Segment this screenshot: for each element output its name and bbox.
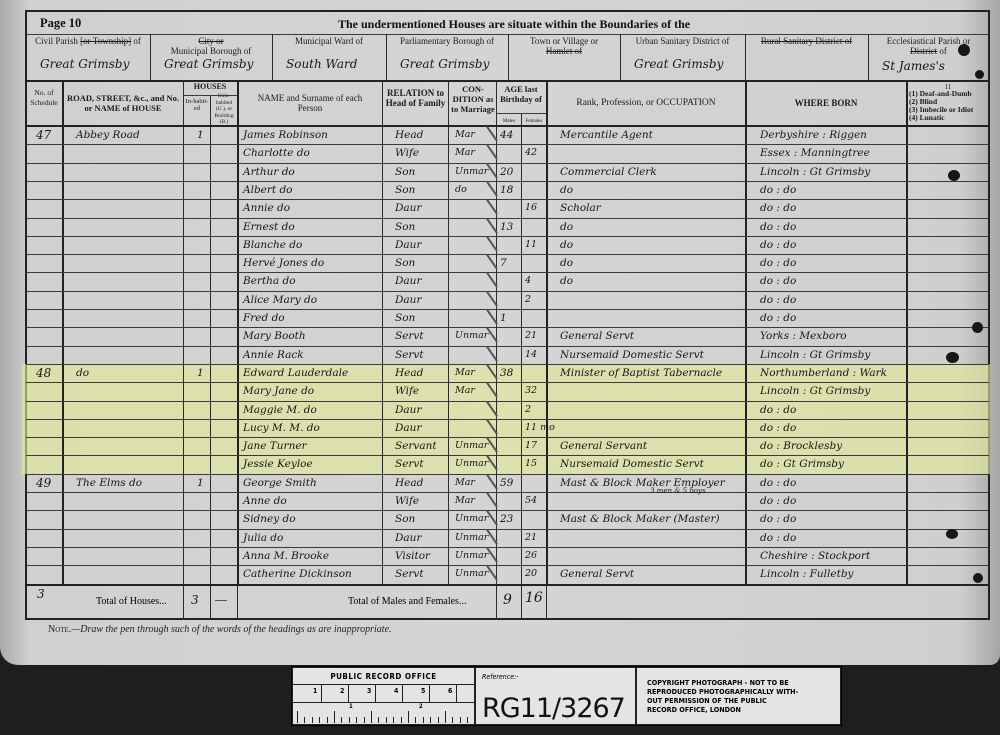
column-rule bbox=[496, 80, 497, 584]
cell-where-born: Cheshire : Stockport bbox=[760, 550, 870, 562]
cell-where-born: Lincoln : Gt Grimsby bbox=[760, 349, 870, 361]
ruler-tick bbox=[460, 717, 461, 723]
ruler-number: 2 bbox=[340, 687, 344, 695]
cell-name: Annie do bbox=[243, 202, 290, 214]
struck-text: Rural Sanitary District of bbox=[761, 36, 852, 46]
cell-condition: Mar bbox=[455, 367, 475, 379]
column-rule bbox=[496, 584, 497, 620]
cell-where-born: do : do bbox=[760, 239, 796, 251]
ruler-tick bbox=[429, 684, 430, 702]
column-rule bbox=[237, 584, 238, 620]
ruler-tick bbox=[402, 684, 403, 702]
col-condition: CON-DITION as to Marriage bbox=[450, 84, 496, 114]
ruler-tick bbox=[375, 684, 376, 702]
cell-name: Sidney do bbox=[243, 513, 296, 525]
cell-occupation: Nursemaid Domestic Servt bbox=[560, 458, 704, 470]
ruler-tick bbox=[364, 717, 365, 723]
row-rule bbox=[26, 401, 989, 402]
cell-age-female: 14 bbox=[525, 349, 537, 361]
cell-age-male: 18 bbox=[500, 184, 513, 196]
cell-relation: Daur bbox=[395, 532, 421, 544]
cell-condition: Mar bbox=[455, 477, 475, 489]
ruler-tick bbox=[371, 711, 372, 723]
col-age: AGE last Birthday of bbox=[497, 84, 545, 104]
record-office-stamp: PUBLIC RECORD OFFICE Reference:- RG11/32… bbox=[291, 666, 842, 726]
cell-occupation: Mast & Block Maker (Master) bbox=[560, 513, 720, 525]
cell-name: Blanche do bbox=[243, 239, 302, 251]
cell-where-born: Lincoln : Gt Grimsby bbox=[760, 166, 870, 178]
row-rule bbox=[26, 218, 989, 219]
row-rule bbox=[26, 181, 989, 182]
row-rule bbox=[26, 291, 989, 292]
cell-where-born: do : do bbox=[760, 275, 796, 287]
cell-name: Annie Rack bbox=[243, 349, 304, 361]
ruler-tick bbox=[415, 717, 416, 723]
cell-age-male: 20 bbox=[500, 166, 513, 178]
location-label-4: Town or Village orHamlet of bbox=[508, 36, 620, 56]
cell-condition: Unmar bbox=[455, 550, 488, 562]
location-label-2: Municipal Ward of bbox=[272, 36, 386, 46]
col-relation: RELATION to Head of Family bbox=[383, 88, 448, 108]
row-rule bbox=[26, 346, 989, 347]
cell-name: Fred do bbox=[243, 312, 285, 324]
column-rule bbox=[210, 584, 211, 620]
column-rule bbox=[546, 80, 548, 584]
divider bbox=[26, 584, 989, 586]
total-females: 16 bbox=[525, 592, 543, 604]
total-males: 9 bbox=[503, 594, 512, 606]
ruler-tick bbox=[423, 717, 424, 723]
cell-condition: Mar bbox=[455, 129, 475, 141]
row-rule bbox=[26, 144, 989, 145]
divider bbox=[292, 702, 475, 703]
cell-relation: Son bbox=[395, 257, 415, 269]
cell-occupation: General Servant bbox=[560, 440, 647, 452]
col-name: NAME and Surname of each Person bbox=[250, 93, 370, 113]
cell-age-male: 44 bbox=[500, 129, 513, 141]
cell-age-female: 17 bbox=[525, 440, 537, 452]
cell-where-born: do : do bbox=[760, 532, 796, 544]
total-inhabited: 3 bbox=[191, 594, 199, 606]
col-occupation: Rank, Profession, or OCCUPATION bbox=[548, 98, 744, 108]
ink-blot bbox=[946, 352, 959, 363]
ruler-number: 1 bbox=[349, 703, 353, 710]
column-rule bbox=[62, 80, 64, 584]
row-rule bbox=[26, 254, 989, 255]
copyright-line: OUT PERMISSION OF THE PUBLIC bbox=[647, 696, 798, 705]
row-rule bbox=[26, 272, 989, 273]
footnote-text: —Draw the pen through such of the words … bbox=[71, 624, 391, 635]
cell-occupation: do bbox=[560, 221, 573, 233]
cell-age-female: 16 bbox=[525, 202, 537, 214]
ruler-tick bbox=[393, 717, 394, 723]
row-rule bbox=[26, 474, 989, 475]
cell-occupation: do bbox=[560, 275, 573, 287]
cell-name: Jane Turner bbox=[243, 440, 307, 452]
cell-age-female: 21 bbox=[525, 532, 537, 544]
cell-relation: Son bbox=[395, 221, 415, 233]
ink-blot bbox=[973, 573, 983, 583]
location-label-1: City orMunicipal Borough of bbox=[150, 36, 272, 56]
cell-relation: Son bbox=[395, 166, 415, 178]
cell-where-born: Derbyshire : Riggen bbox=[760, 129, 867, 141]
cell-schedule: 49 bbox=[36, 477, 51, 489]
ruler-tick bbox=[445, 711, 446, 723]
cell-age-male: 7 bbox=[500, 257, 507, 269]
location-value-2: South Ward bbox=[286, 58, 357, 70]
cell-name: Catherine Dickinson bbox=[243, 568, 352, 580]
cell-age-female: 2 bbox=[525, 294, 531, 306]
cell-relation: Servt bbox=[395, 568, 424, 580]
cell-where-born: Lincoln : Gt Grimsby bbox=[760, 385, 870, 397]
cell-age-female: 15 bbox=[525, 458, 537, 470]
ruler-tick bbox=[452, 717, 453, 723]
cell-relation: Daur bbox=[395, 275, 421, 287]
cell-age-female: 54 bbox=[525, 495, 537, 507]
cell-road: The Elms do bbox=[76, 477, 142, 489]
cell-inhabited: 1 bbox=[197, 129, 204, 141]
location-value-0: Great Grimsby bbox=[40, 58, 129, 70]
office-name: PUBLIC RECORD OFFICE bbox=[292, 672, 475, 681]
cell-occupation: do bbox=[560, 239, 573, 251]
ruler-number: 2 bbox=[419, 703, 423, 710]
cell-condition: Mar bbox=[455, 147, 475, 159]
cell-where-born: do : do bbox=[760, 202, 796, 214]
cell-relation: Son bbox=[395, 184, 415, 196]
copyright-line: REPRODUCED PHOTOGRAPHICALLY WITH- bbox=[647, 687, 798, 696]
cell-occupation: General Servt bbox=[560, 568, 634, 580]
cell-where-born: do : do bbox=[760, 257, 796, 269]
cell-name: Arthur do bbox=[243, 166, 295, 178]
cell-occupation: General Servt bbox=[560, 330, 634, 342]
cell-name: Maggie M. do bbox=[243, 404, 317, 416]
ruler-tick bbox=[438, 717, 439, 723]
location-value-1: Great Grimsby bbox=[164, 58, 253, 70]
cell-name: Anne do bbox=[243, 495, 287, 507]
row-rule bbox=[26, 529, 989, 530]
row-rule bbox=[26, 199, 989, 200]
cell-occupation: Minister of Baptist Tabernacle bbox=[560, 367, 722, 379]
cell-age-male: 59 bbox=[500, 477, 513, 489]
column-rule bbox=[183, 584, 184, 620]
column-rule bbox=[448, 80, 449, 584]
cell-name: Bertha do bbox=[243, 275, 296, 287]
cell-relation: Daur bbox=[395, 202, 421, 214]
row-rule bbox=[26, 492, 989, 493]
cell-name: Ernest do bbox=[243, 221, 295, 233]
ruler-tick bbox=[312, 717, 313, 723]
cell-relation: Servt bbox=[395, 330, 424, 342]
cell-where-born: do : do bbox=[760, 404, 796, 416]
ruler-tick bbox=[430, 717, 431, 723]
footnote-prefix: Note. bbox=[48, 624, 71, 635]
row-rule bbox=[26, 382, 989, 383]
column-rule bbox=[237, 80, 239, 584]
ruler-number: 6 bbox=[448, 687, 452, 695]
page-heading: The undermentioned Houses are situate wi… bbox=[338, 17, 690, 32]
cell-age-female: 11 bbox=[525, 239, 537, 251]
cell-relation: Daur bbox=[395, 239, 421, 251]
cell-condition: Unmar bbox=[455, 166, 488, 178]
struck-text: District bbox=[910, 46, 937, 56]
cell-name: Julia do bbox=[243, 532, 283, 544]
cell-relation: Wife bbox=[395, 147, 419, 159]
cell-where-born: Yorks : Mexboro bbox=[760, 330, 847, 342]
ruler-tick bbox=[467, 717, 468, 723]
location-label-0: Civil Parish [or Township] of bbox=[26, 36, 150, 46]
struck-text: Hamlet of bbox=[546, 46, 582, 56]
cell-occupation: Scholar bbox=[560, 202, 601, 214]
cell-where-born: do : do bbox=[760, 184, 796, 196]
location-label-7: Ecclesiastical Parish orDistrict of bbox=[868, 36, 989, 56]
cell-occupation: Commercial Clerk bbox=[560, 166, 657, 178]
row-rule bbox=[26, 565, 989, 566]
cell-relation: Daur bbox=[395, 404, 421, 416]
col-houses: HOUSES bbox=[184, 82, 236, 92]
cell-occupation: do bbox=[560, 184, 573, 196]
ink-blot bbox=[972, 322, 983, 333]
cell-inhabited: 1 bbox=[197, 477, 204, 489]
cell-occupation-note: 3 men & 5 boys bbox=[650, 485, 706, 497]
ruler-tick bbox=[321, 684, 322, 702]
cell-condition: Mar bbox=[455, 385, 475, 397]
cell-name: Jessie Keyloe bbox=[243, 458, 313, 470]
col-uninhabited: Unin-habited (U.), or Building (B.) bbox=[211, 93, 237, 126]
ruler-tick bbox=[401, 717, 402, 723]
cell-name: Edward Lauderdale bbox=[243, 367, 348, 379]
cell-relation: Daur bbox=[395, 294, 421, 306]
cell-age-female: 21 bbox=[525, 330, 537, 342]
cell-age-female: 4 bbox=[525, 275, 531, 287]
cell-schedule: 47 bbox=[36, 129, 51, 141]
col-where-born: WHERE BORN bbox=[747, 98, 905, 108]
cell-where-born: do : Brocklesby bbox=[760, 440, 842, 452]
cell-condition: Mar bbox=[455, 495, 475, 507]
column-rule bbox=[906, 80, 908, 584]
cell-relation: Wife bbox=[395, 495, 419, 507]
cell-relation: Servt bbox=[395, 458, 424, 470]
cell-name: George Smith bbox=[243, 477, 317, 489]
row-rule bbox=[26, 419, 989, 420]
cell-occupation: Nursemaid Domestic Servt bbox=[560, 349, 704, 361]
column-rule bbox=[382, 80, 383, 584]
total-houses-label: Total of Houses... bbox=[96, 596, 167, 607]
cell-relation: Head bbox=[395, 477, 423, 489]
total-uninhabited: — bbox=[215, 592, 227, 607]
cell-age-female: 32 bbox=[525, 385, 537, 397]
divider bbox=[26, 125, 989, 127]
cell-where-born: Lincoln : Fulletby bbox=[760, 568, 853, 580]
col-schedule: No. of Schedule bbox=[26, 88, 62, 108]
row-rule bbox=[26, 163, 989, 164]
ruler-tick bbox=[297, 711, 298, 723]
copyright-line: RECORD OFFICE, LONDON bbox=[647, 705, 798, 714]
cell-road: Abbey Road bbox=[76, 129, 140, 141]
cell-where-born: do : do bbox=[760, 477, 796, 489]
cell-relation: Servt bbox=[395, 349, 424, 361]
column-rule bbox=[546, 584, 547, 620]
cell-age-female: 20 bbox=[525, 568, 537, 580]
cell-relation: Wife bbox=[395, 385, 419, 397]
cell-condition: Unmar bbox=[455, 532, 488, 544]
cell-condition: Unmar bbox=[455, 458, 488, 470]
cell-where-born: do : do bbox=[760, 221, 796, 233]
cell-where-born: do : do bbox=[760, 312, 796, 324]
ruler-tick bbox=[327, 717, 328, 723]
cell-name: Mary Booth bbox=[243, 330, 306, 342]
ruler-tick bbox=[408, 711, 409, 723]
row-rule bbox=[26, 455, 989, 456]
location-label-5: Urban Sanitary District of bbox=[620, 36, 745, 46]
reference-label: Reference:- bbox=[482, 673, 519, 681]
cell-age-female: 42 bbox=[525, 147, 537, 159]
total-schedules: 3 bbox=[37, 588, 45, 600]
footnote: Note.—Draw the pen through such of the w… bbox=[48, 624, 392, 635]
cell-condition: Unmar bbox=[455, 330, 488, 342]
cell-name: Hervé Jones do bbox=[243, 257, 324, 269]
cell-name: Lucy M. M. do bbox=[243, 422, 320, 434]
cell-relation: Son bbox=[395, 312, 415, 324]
ruler-number: 5 bbox=[421, 687, 425, 695]
cell-where-born: Essex : Manningtree bbox=[760, 147, 870, 159]
cell-occupation: Mercantile Agent bbox=[560, 129, 653, 141]
row-rule bbox=[26, 364, 989, 365]
ruler-tick bbox=[356, 717, 357, 723]
location-value-3: Great Grimsby bbox=[400, 58, 489, 70]
ink-blot bbox=[948, 170, 960, 181]
location-label-3: Parliamentary Borough of bbox=[386, 36, 508, 46]
reference-number: RG11/3267 bbox=[482, 693, 625, 724]
ruler-tick bbox=[334, 711, 335, 723]
cell-condition: Unmar bbox=[455, 440, 488, 452]
cell-relation: Servant bbox=[395, 440, 437, 452]
cell-name: Charlotte do bbox=[243, 147, 310, 159]
ruler-number: 1 bbox=[313, 687, 317, 695]
divider bbox=[26, 80, 989, 82]
cell-where-born: do : do bbox=[760, 513, 796, 525]
col-road: ROAD, STREET, &c., and No. or NAME of HO… bbox=[64, 93, 182, 113]
ruler-tick bbox=[386, 717, 387, 723]
cell-age-female: 2 bbox=[525, 404, 531, 416]
cell-condition: Unmar bbox=[455, 513, 488, 525]
cell-road: do bbox=[76, 367, 89, 379]
cell-relation: Son bbox=[395, 513, 415, 525]
ruler-tick bbox=[456, 684, 457, 702]
row-rule bbox=[26, 309, 989, 310]
cell-where-born: do : do bbox=[760, 495, 796, 507]
cell-occupation: do bbox=[560, 257, 573, 269]
row-rule bbox=[26, 437, 989, 438]
ruler-tick bbox=[348, 684, 349, 702]
column-rule bbox=[521, 113, 522, 584]
cell-name: Alice Mary do bbox=[243, 294, 317, 306]
cell-inhabited: 1 bbox=[197, 367, 204, 379]
cell-where-born: do : do bbox=[760, 422, 796, 434]
column-rule bbox=[183, 80, 184, 584]
infirmity-option: (4) Lunatic bbox=[909, 114, 973, 122]
ruler-number: 3 bbox=[367, 687, 371, 695]
cell-where-born: do : Gt Grimsby bbox=[760, 458, 844, 470]
column-rule bbox=[745, 80, 747, 584]
row-rule bbox=[26, 547, 989, 548]
cell-relation: Head bbox=[395, 129, 423, 141]
copyright-line: COPYRIGHT PHOTOGRAPH - NOT TO BE bbox=[647, 678, 798, 687]
cell-age-male: 23 bbox=[500, 513, 513, 525]
cell-relation: Head bbox=[395, 367, 423, 379]
cell-relation: Daur bbox=[395, 422, 421, 434]
cell-age-female: 11 mo bbox=[525, 422, 555, 434]
cell-name: Anna M. Brooke bbox=[243, 550, 329, 562]
divider bbox=[292, 684, 475, 685]
ink-blot bbox=[958, 44, 970, 56]
cell-age-male: 13 bbox=[500, 221, 513, 233]
cell-condition: Unmar bbox=[455, 568, 488, 580]
ruler-tick bbox=[319, 717, 320, 723]
ruler-number: 4 bbox=[394, 687, 398, 695]
column-rule bbox=[521, 584, 522, 620]
page-label: Page 10 bbox=[40, 16, 81, 31]
cell-schedule: 48 bbox=[36, 367, 51, 379]
ink-blot bbox=[975, 70, 984, 79]
ruler-tick bbox=[304, 717, 305, 723]
cell-age-female: 26 bbox=[525, 550, 537, 562]
divider bbox=[183, 95, 237, 96]
cell-where-born: do : do bbox=[760, 294, 796, 306]
location-value-7: St James's bbox=[882, 60, 945, 72]
cell-age-male: 1 bbox=[500, 312, 507, 324]
divider bbox=[496, 113, 546, 114]
col-inhabited: In-habit-ed bbox=[184, 98, 210, 112]
copyright-notice: COPYRIGHT PHOTOGRAPH - NOT TO BEREPRODUC… bbox=[647, 678, 798, 714]
cell-name: James Robinson bbox=[243, 129, 328, 141]
row-rule bbox=[26, 510, 989, 511]
cell-name: Albert do bbox=[243, 184, 293, 196]
cell-relation: Visitor bbox=[395, 550, 430, 562]
census-sheet: Page 10 The undermentioned Houses are si… bbox=[0, 0, 1000, 665]
col-infirmity: (1) Deaf-and-Dumb(2) Blind(3) Imbecile o… bbox=[909, 90, 973, 122]
total-persons-label: Total of Males and Females... bbox=[348, 596, 466, 607]
struck-text: City or bbox=[198, 36, 223, 46]
ruler-tick bbox=[341, 717, 342, 723]
row-rule bbox=[26, 236, 989, 237]
ruler-tick bbox=[349, 717, 350, 723]
location-label-6: Rural Sanitary District of bbox=[745, 36, 868, 46]
cell-name: Mary Jane do bbox=[243, 385, 314, 397]
ink-blot bbox=[946, 529, 958, 539]
ruler-tick bbox=[378, 717, 379, 723]
cell-age-male: 38 bbox=[500, 367, 513, 379]
cell-condition: do bbox=[455, 184, 467, 196]
struck-text: [or Township] bbox=[80, 36, 131, 46]
cell-where-born: Northumberland : Wark bbox=[760, 367, 887, 379]
location-value-5: Great Grimsby bbox=[634, 58, 723, 70]
row-rule bbox=[26, 327, 989, 328]
